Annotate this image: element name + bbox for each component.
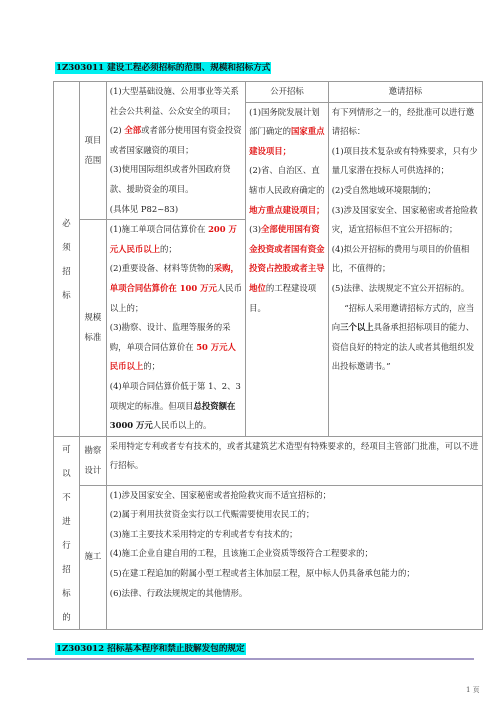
- footer-divider: [27, 658, 474, 660]
- no-tender-label: 可 以 不 进 行 招 标 的: [54, 436, 80, 629]
- public-tender-content: (1)国务院发展计划部门确定的国家重点建设项目； (2)省、自治区、直辖市人民政…: [246, 102, 329, 436]
- column-header-public: 公开招标: [246, 82, 329, 103]
- survey-design-label: 勘察 设计: [79, 436, 106, 485]
- scope-content: (1)大型基础设施、公用事业等关系社会公共利益、公众安全的项目； (2) 全部或…: [106, 82, 245, 220]
- construction-content: (1)涉及国家安全、国家秘密或者抢险救灾而不适宜招标的； (2)属于利用扶贫资金…: [106, 485, 482, 629]
- construction-label: 施工: [79, 485, 106, 629]
- section-heading-1z303011: 1Z303011 建设工程必须招标的范围、规模和招标方式: [55, 62, 271, 74]
- survey-design-content: 采用特定专利或者专有技术的，或者其建筑艺术造型有特殊要求的，经项目主管部门批准，…: [106, 436, 482, 485]
- column-header-invite: 邀请招标: [328, 82, 482, 103]
- scope-label: 项目 范围: [79, 82, 106, 220]
- scale-content: (1)施工单项合同估算价在 200 万元人民币以上的； (2)重要设备、材料等货…: [106, 220, 245, 437]
- scale-label: 规模 标准: [79, 220, 106, 437]
- page-number: 1 页: [466, 685, 480, 695]
- invite-tender-content: 有下列情形之一的，经批准可以进行邀请招标： (1)项目技术复杂或有特殊要求，只有…: [328, 102, 482, 436]
- tender-scope-table: 必 须 招 标 项目 范围 (1)大型基础设施、公用事业等关系社会公共利益、公众…: [53, 81, 483, 630]
- section-heading-1z303012: 1Z303012 招标基本程序和禁止肢解发包的规定: [55, 643, 246, 655]
- must-tender-label: 必 须 招 标: [54, 82, 80, 437]
